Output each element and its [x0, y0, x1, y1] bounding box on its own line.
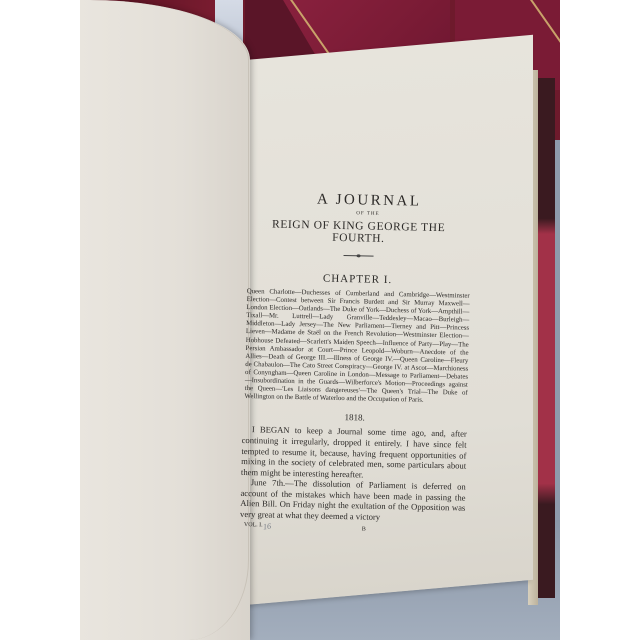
body-text: I BEGAN to keep a Journal some time ago,…	[240, 424, 467, 524]
title-line-1: A JOURNAL	[267, 190, 472, 211]
chapter-heading: CHAPTER I.	[245, 271, 470, 288]
paragraph: June 7th.—The dissolution of Parliament …	[240, 477, 466, 524]
gilt-line	[530, 0, 560, 66]
paragraph: I BEGAN to keep a Journal some time ago,…	[241, 424, 467, 482]
ornament-rule	[343, 255, 373, 257]
volume-mark: VOL. I.	[240, 522, 314, 532]
left-page-curled	[80, 0, 250, 640]
title-line-2: REIGN OF KING GEORGE THE FOURTH.	[246, 218, 471, 247]
chapter-synopsis: Queen Charlotte—Duchesses of Cumberland …	[242, 288, 469, 406]
page-text: A JOURNAL OF THE REIGN OF KING GEORGE TH…	[240, 185, 472, 534]
year-heading: 1818.	[242, 410, 467, 425]
pencil-annotation: 16	[262, 521, 271, 531]
book-spine-edge	[535, 78, 555, 598]
